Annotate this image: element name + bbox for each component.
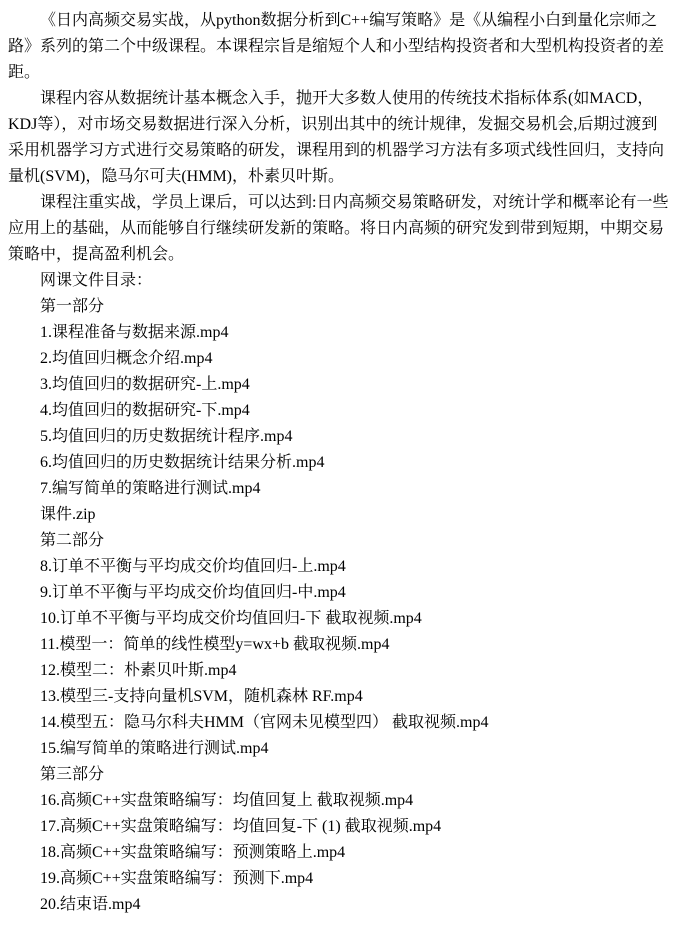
section-title-part1: 第一部分 xyxy=(8,294,672,320)
file-item: 14.模型五：隐马尔科夫HMM（官网未见模型四） 截取视频.mp4 xyxy=(8,710,672,736)
section-title-part2: 第二部分 xyxy=(8,528,672,554)
file-item: 20.结束语.mp4 xyxy=(8,892,672,918)
file-item: 19.高频C++实盘策略编写：预测下.mp4 xyxy=(8,866,672,892)
file-item: 11.模型一：简单的线性模型y=wx+b 截取视频.mp4 xyxy=(8,632,672,658)
file-item: 13.模型三-支持向量机SVM，随机森林 RF.mp4 xyxy=(8,684,672,710)
file-item: 10.订单不平衡与平均成交价均值回归-下 截取视频.mp4 xyxy=(8,606,672,632)
section-title-part3: 第三部分 xyxy=(8,762,672,788)
file-item: 1.课程准备与数据来源.mp4 xyxy=(8,320,672,346)
catalog-heading: 网课文件目录： xyxy=(8,268,672,294)
file-item: 6.均值回归的历史数据统计结果分析.mp4 xyxy=(8,450,672,476)
file-item: 2.均值回归概念介绍.mp4 xyxy=(8,346,672,372)
file-item: 17.高频C++实盘策略编写：均值回复-下 (1) 截取视频.mp4 xyxy=(8,814,672,840)
file-item: 16.高频C++实盘策略编写：均值回复上 截取视频.mp4 xyxy=(8,788,672,814)
content-paragraph: 课程内容从数据统计基本概念入手，抛开大多数人使用的传统技术指标体系(如MACD，… xyxy=(8,86,672,190)
file-item: 8.订单不平衡与平均成交价均值回归-上.mp4 xyxy=(8,554,672,580)
practice-paragraph: 课程注重实战，学员上课后，可以达到:日内高频交易策略研发，对统计学和概率论有一些… xyxy=(8,190,672,268)
file-item: 12.模型二：朴素贝叶斯.mp4 xyxy=(8,658,672,684)
file-item: 9.订单不平衡与平均成交价均值回归-中.mp4 xyxy=(8,580,672,606)
file-item: 5.均值回归的历史数据统计程序.mp4 xyxy=(8,424,672,450)
intro-paragraph: 《日内高频交易实战，从python数据分析到C++编写策略》是《从编程小白到量化… xyxy=(8,8,672,86)
file-item: 4.均值回归的数据研究-下.mp4 xyxy=(8,398,672,424)
file-item-courseware-zip: 课件.zip xyxy=(8,502,672,528)
course-description-document: 《日内高频交易实战，从python数据分析到C++编写策略》是《从编程小白到量化… xyxy=(8,8,672,918)
file-item: 7.编写简单的策略进行测试.mp4 xyxy=(8,476,672,502)
file-item: 18.高频C++实盘策略编写：预测策略上.mp4 xyxy=(8,840,672,866)
file-item: 3.均值回归的数据研究-上.mp4 xyxy=(8,372,672,398)
file-item: 15.编写简单的策略进行测试.mp4 xyxy=(8,736,672,762)
